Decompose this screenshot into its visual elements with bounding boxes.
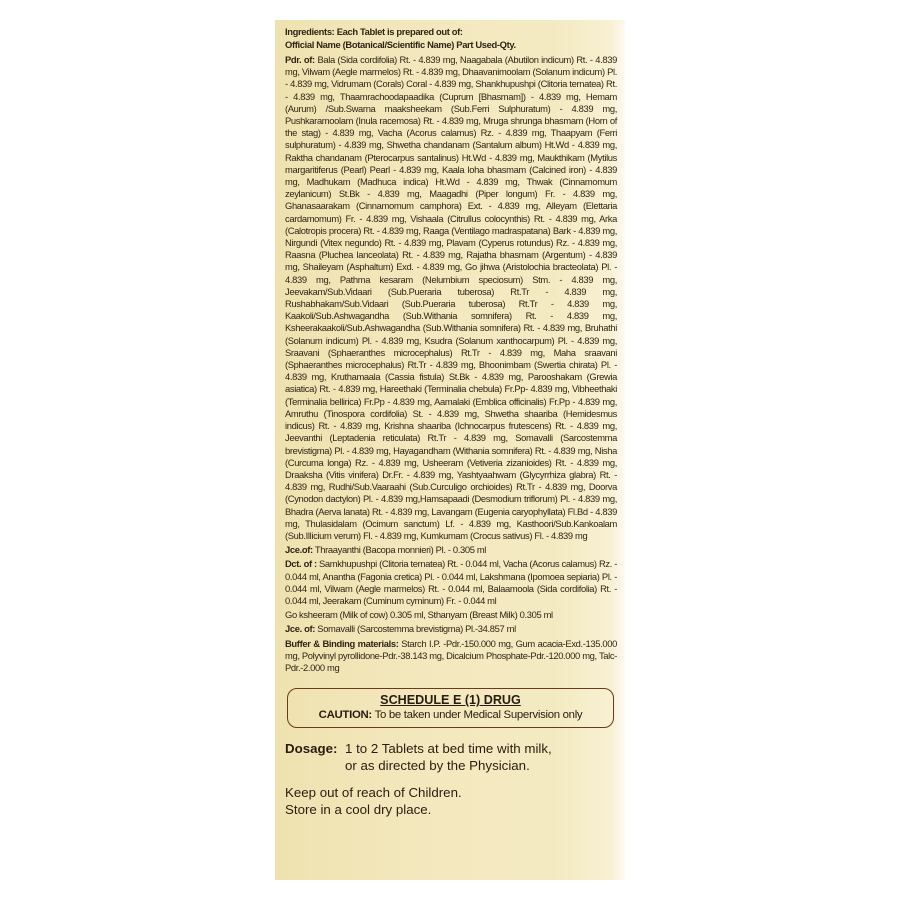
section-text: Thraayanthi (Bacopa monnieri) Pl. - 0.30… — [313, 544, 486, 555]
section-text: Somavalli (Sarcostemma brevistigma) Pl.-… — [315, 623, 516, 634]
ingredient-section-juice: Jce.of: Thraayanthi (Bacopa monnieri) Pl… — [285, 544, 617, 556]
section-text: Bala (Sida cordifolia) Rt. - 4.839 mg, N… — [285, 54, 617, 541]
caution-key: CAUTION: — [319, 709, 372, 721]
dosage-line-1: 1 to 2 Tablets at bed time with milk, — [345, 740, 552, 757]
section-key: Dct. of : — [285, 558, 317, 569]
ingredients-subheading: Official Name (Botanical/Scientific Name… — [285, 38, 617, 51]
schedule-title: SCHEDULE E (1) DRUG — [290, 692, 611, 708]
ingredient-section-buffer: Buffer & Binding materials: Starch I.P. … — [285, 638, 617, 675]
ingredient-section-powder: Pdr. of: Bala (Sida cordifolia) Rt. - 4.… — [285, 54, 617, 542]
dosage-line-2: or as directed by the Physician. — [285, 757, 617, 774]
dosage-label: Dosage: — [285, 740, 345, 757]
section-text: Samkhupushpi (Clitoria ternatea) Rt. - 0… — [285, 558, 617, 606]
caution-body: To be taken under Medical Supervision on… — [372, 709, 582, 721]
ingredients-heading: Ingredients: Each Tablet is prepared out… — [285, 25, 617, 38]
ingredient-section-milk: Go ksheeram (Milk of cow) 0.305 ml, Stha… — [285, 609, 617, 621]
dosage-block: Dosage: 1 to 2 Tablets at bed time with … — [285, 740, 617, 774]
section-key: Jce.of: — [285, 544, 313, 555]
storage-block: Keep out of reach of Children. Store in … — [285, 784, 617, 818]
schedule-drug-box: SCHEDULE E (1) DRUG CAUTION: To be taken… — [287, 688, 614, 728]
section-key: Jce. of: — [285, 623, 315, 634]
section-text: Go ksheeram (Milk of cow) 0.305 ml, Stha… — [285, 609, 553, 620]
ingredient-section-juice-2: Jce. of: Somavalli (Sarcostemma brevisti… — [285, 623, 617, 635]
storage-line-1: Keep out of reach of Children. — [285, 784, 617, 801]
product-label-panel: Ingredients: Each Tablet is prepared out… — [275, 20, 625, 880]
section-key: Buffer & Binding materials: — [285, 638, 398, 649]
ingredient-section-decoction: Dct. of : Samkhupushpi (Clitoria ternate… — [285, 558, 617, 607]
caution-text: CAUTION: To be taken under Medical Super… — [290, 708, 611, 723]
storage-line-2: Store in a cool dry place. — [285, 801, 617, 818]
section-key: Pdr. of: — [285, 54, 315, 65]
